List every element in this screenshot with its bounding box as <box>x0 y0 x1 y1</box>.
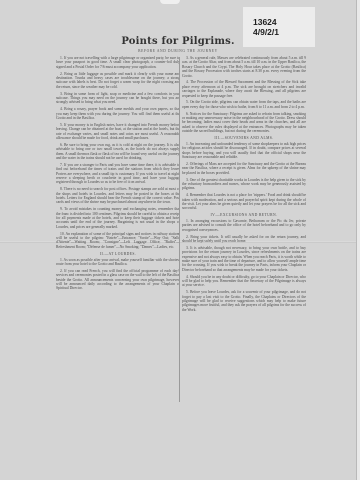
paragraph: 4. Bring a rosary, prayer book and some … <box>56 107 180 120</box>
archive-number: 13624 <box>253 17 315 27</box>
paragraph: 2. If you can read French, you will find… <box>56 269 180 291</box>
section-heading: II.—At Lourdes. <box>56 252 180 256</box>
paragraph: 4. The Procession of the Blessed Sacrame… <box>182 80 306 98</box>
section-heading: III.—Souvenirs and Alms. <box>182 136 306 140</box>
paragraph: 10. An explanation of some of the princi… <box>56 232 180 250</box>
paragraph: 1. In arranging excursions to Gavarnie, … <box>182 219 306 232</box>
paragraph: 1. An increasing and unfounded tendency … <box>182 142 306 160</box>
paragraph: 6. Notices for the Sanctuary: Pilgrims a… <box>182 112 306 134</box>
page-edge <box>356 0 360 480</box>
paragraph: 9. To avoid mistakes in counting money a… <box>56 207 180 229</box>
paragraph: 2. Bring your tickets. It will usually b… <box>182 235 306 244</box>
paragraph: 5. On the Grotto side, pilgrims can obta… <box>182 100 306 109</box>
right-column: 3. As a general rule, Masses are celebra… <box>182 56 306 434</box>
paragraph: 8. There is no need to search for post o… <box>56 187 180 205</box>
paragraph: 3. One of the greatest charitable works … <box>182 178 306 191</box>
scanned-page: 13624 4/9/2/1 Points for Pilgrims. Befor… <box>0 0 356 480</box>
paragraph: 1. As soon as possible after your arriva… <box>56 258 180 267</box>
paragraph: 7. If you are a stranger to Paris and yo… <box>56 163 180 185</box>
section-heading: IV.—Excursions and Return. <box>182 213 306 217</box>
column-divider <box>179 57 180 402</box>
paragraph: 3. It is advisable, though not necessary… <box>182 246 306 273</box>
paragraph: 4. Should you be in any doubt or difficu… <box>182 275 306 288</box>
paragraph: 5. If your money is in English notes, ha… <box>56 123 180 141</box>
paper-glare <box>160 0 180 4</box>
paragraph: 3. As a general rule, Masses are celebra… <box>182 56 306 78</box>
paragraph: 6. Be sure to bring your own rug, as it … <box>56 143 180 161</box>
paragraph: 2. Offerings of Mass are accepted for th… <box>182 162 306 175</box>
left-column: 1. If you are not travelling with a larg… <box>56 56 180 386</box>
paragraph: 4. Remember that Lourdes is not a place … <box>182 193 306 211</box>
document-title: Points for Pilgrims. <box>0 36 356 47</box>
paragraph: 5. Before you leave Lourdes, ask for a s… <box>182 290 306 312</box>
paragraph: 1. If you are not travelling with a larg… <box>56 56 180 69</box>
paragraph: 3. Bring in some form of light, soap or … <box>56 92 180 105</box>
document-subtitle: Before and during the journey <box>0 49 356 53</box>
paragraph: 2. Bring as little luggage as possible a… <box>56 72 180 90</box>
